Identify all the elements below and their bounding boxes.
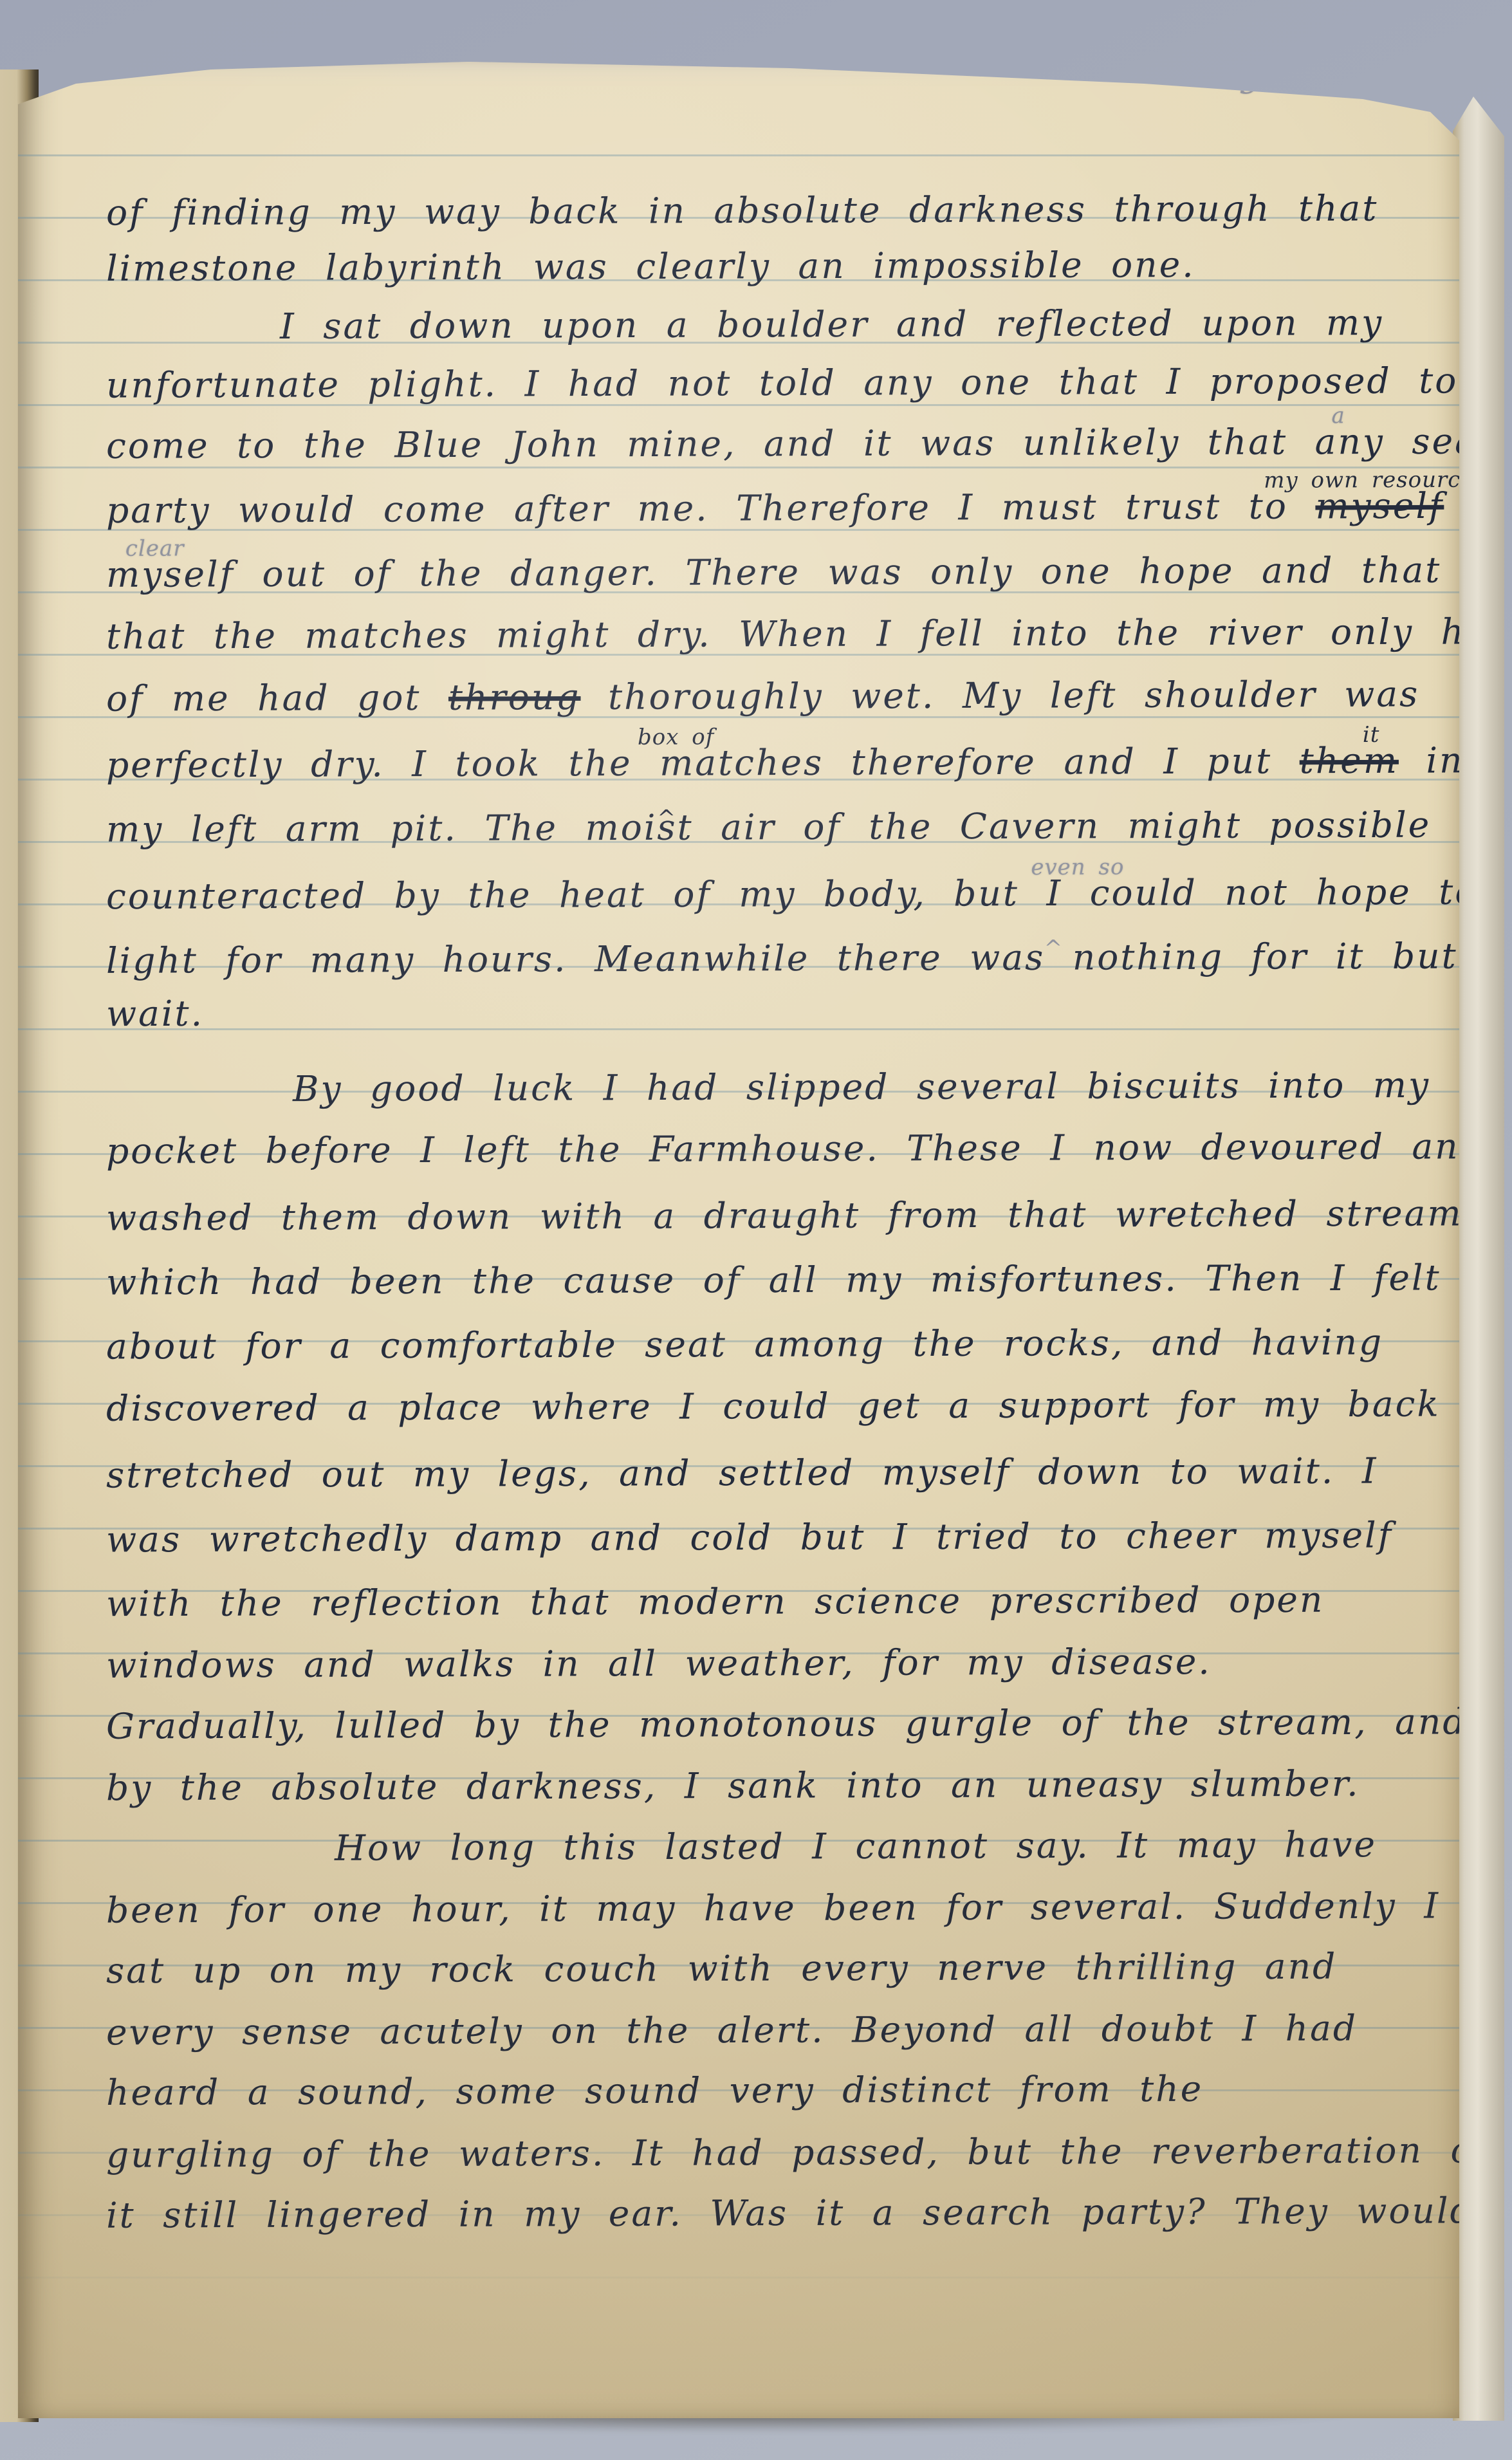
manuscript-line: that the matches might dry. When I fell … bbox=[106, 611, 1512, 656]
text-run: thoroughly wet. My left shoulder was bbox=[580, 673, 1419, 717]
manuscript-line: by the absolute darkness, I sank into an… bbox=[106, 1764, 1360, 1808]
manuscript-line: come to the Blue John mine, and it was u… bbox=[106, 421, 1512, 466]
text-run: counteracted by the heat of my body, but bbox=[106, 873, 1047, 917]
text-run: sat up on my rock couch with every nerve… bbox=[106, 1946, 1337, 1992]
manuscript-line: windows and walks in all weather, for my… bbox=[106, 1642, 1212, 1685]
manuscript-line: was wretchedly damp and cold but I tried… bbox=[106, 1515, 1393, 1560]
manuscript-line: every sense acutely on the alert. Beyond… bbox=[106, 2008, 1358, 2053]
text-run: heard a sound, some sound very distinct … bbox=[106, 2068, 1203, 2113]
text-run: party would come after me. Therefore I m… bbox=[106, 485, 1316, 531]
text-run: unfortunate plight. I had not told any o… bbox=[106, 360, 1459, 405]
text-run: with the reflection that modern science … bbox=[106, 1579, 1325, 1625]
text-run: by the absolute darkness, I sank into an… bbox=[106, 1763, 1360, 1809]
manuscript-line: light for many hours. Meanwhile there wa… bbox=[106, 936, 1512, 981]
manuscript-line: heard a sound, some sound very distinct … bbox=[106, 2069, 1203, 2113]
text-run: my left arm pit. The moist air of the Ca… bbox=[106, 804, 1506, 850]
pencil-insertion-text: clear bbox=[125, 537, 185, 559]
text-run: washed them down with a draught from tha… bbox=[106, 1192, 1463, 1238]
text-run: windows and walks in all weather, for my… bbox=[106, 1641, 1212, 1686]
manuscript-line: discovered a place where I could get a s… bbox=[106, 1383, 1484, 1428]
manuscript-line: wait. bbox=[106, 994, 204, 1034]
manuscript-line: By good luck I had slipped several biscu… bbox=[293, 1065, 1430, 1109]
manuscript-line: limestone labyrinth was clearly an impos… bbox=[106, 245, 1195, 288]
manuscript-line: Gradually, lulled by the monotonous gurg… bbox=[106, 1701, 1468, 1746]
manuscript-line: with the reflection that modern science … bbox=[106, 1580, 1325, 1624]
manuscript-line: clearmyself out of the danger. There was… bbox=[106, 550, 1512, 595]
manuscript-line: about for a comfortable seat among the r… bbox=[106, 1322, 1383, 1367]
pencil-insertion-text: a bbox=[1331, 405, 1345, 427]
struck-text: them bbox=[1300, 740, 1399, 782]
manuscript-line: of me had got throug thoroughly wet. My … bbox=[106, 674, 1419, 718]
page-number: 9 bbox=[1239, 64, 1261, 99]
manuscript-line: perfectly dry. I took the box of^matches… bbox=[106, 740, 1504, 785]
text-run: was wretchedly damp and cold but I tried… bbox=[106, 1515, 1393, 1560]
photo-frame: 9 of finding my way back in absolute dar… bbox=[0, 0, 1512, 2460]
text-run: light for many hours. Meanwhile there wa… bbox=[106, 935, 1512, 981]
text-run: it still lingered in my ear. Was it a se… bbox=[106, 2190, 1475, 2235]
text-run: about for a comfortable seat among the r… bbox=[106, 1322, 1383, 1367]
text-run: been for one hour, it may have been for … bbox=[106, 1885, 1440, 1930]
text-run: gurgling of the waters. It had passed, b… bbox=[106, 2129, 1489, 2176]
manuscript-line: counteracted by the heat of my body, but… bbox=[106, 871, 1512, 916]
manuscript-line: stretched out my legs, and settled mysel… bbox=[106, 1451, 1378, 1495]
struck-text: throug bbox=[448, 676, 581, 718]
text-run: limestone labyrinth was clearly an impos… bbox=[106, 244, 1195, 289]
manuscript-line: been for one hour, it may have been for … bbox=[106, 1885, 1440, 1930]
text-run: every sense acutely on the alert. Beyond… bbox=[106, 2008, 1358, 2053]
ink-insertion-text: it bbox=[1363, 724, 1380, 746]
manuscript-line: How long this lasted I cannot say. It ma… bbox=[335, 1824, 1377, 1868]
ink-insertion-text: my own resources bbox=[1264, 469, 1486, 492]
manuscript-line: which had been the cause of all my misfo… bbox=[106, 1257, 1441, 1302]
manuscript-line: it still lingered in my ear. Was it a se… bbox=[106, 2190, 1475, 2235]
text-run: Gradually, lulled by the monotonous gurg… bbox=[106, 1701, 1468, 1746]
page-vignette bbox=[18, 62, 1459, 2418]
ink-insertion-text: box of bbox=[638, 726, 714, 748]
text-run: come to the Blue John mine, and it was u… bbox=[106, 421, 1315, 467]
text-run: stretched out my legs, and settled mysel… bbox=[106, 1450, 1378, 1496]
text-run: of me had got bbox=[106, 677, 448, 719]
pencil-insertion-text: even so bbox=[1031, 856, 1124, 879]
text-run: discovered a place where I could get a s… bbox=[106, 1383, 1484, 1429]
notebook-page: 9 of finding my way back in absolute dar… bbox=[18, 62, 1459, 2418]
manuscript-line: my left arm pit. The moist air of the Ca… bbox=[106, 804, 1506, 849]
manuscript-line: washed them down with a draught from tha… bbox=[106, 1193, 1463, 1237]
manuscript-line: pocket before I left the Farmhouse. Thes… bbox=[106, 1126, 1484, 1170]
text-run: myself out of the danger. There was only… bbox=[106, 549, 1512, 595]
text-run: perfectly dry. I took the bbox=[106, 743, 659, 786]
text-run: matches therefore and I put bbox=[659, 740, 1300, 783]
text-run: pocket before I left the Farmhouse. Thes… bbox=[106, 1125, 1484, 1171]
text-run: that the matches might dry. When I fell … bbox=[106, 611, 1512, 657]
text-run: By good luck I had slipped several biscu… bbox=[293, 1064, 1430, 1109]
manuscript-line: gurgling of the waters. It had passed, b… bbox=[106, 2130, 1489, 2175]
manuscript-line: unfortunate plight. I had not told any o… bbox=[106, 360, 1459, 405]
text-run: How long this lasted I cannot say. It ma… bbox=[335, 1824, 1377, 1869]
text-run: which had been the cause of all my misfo… bbox=[106, 1257, 1441, 1302]
manuscript-line: I sat down upon a boulder and reflected … bbox=[280, 302, 1383, 346]
manuscript-line: sat up on my rock couch with every nerve… bbox=[106, 1947, 1337, 1991]
manuscript-line: party would come after me. Therefore I m… bbox=[106, 485, 1512, 530]
page-stack-edge-right bbox=[1453, 97, 1504, 2421]
text-run: wait. bbox=[106, 993, 204, 1035]
text-run: of finding my way back in absolute darkn… bbox=[106, 188, 1379, 234]
manuscript-line: of finding my way back in absolute darkn… bbox=[106, 189, 1379, 233]
text-run: I sat down upon a boulder and reflected … bbox=[280, 302, 1383, 347]
